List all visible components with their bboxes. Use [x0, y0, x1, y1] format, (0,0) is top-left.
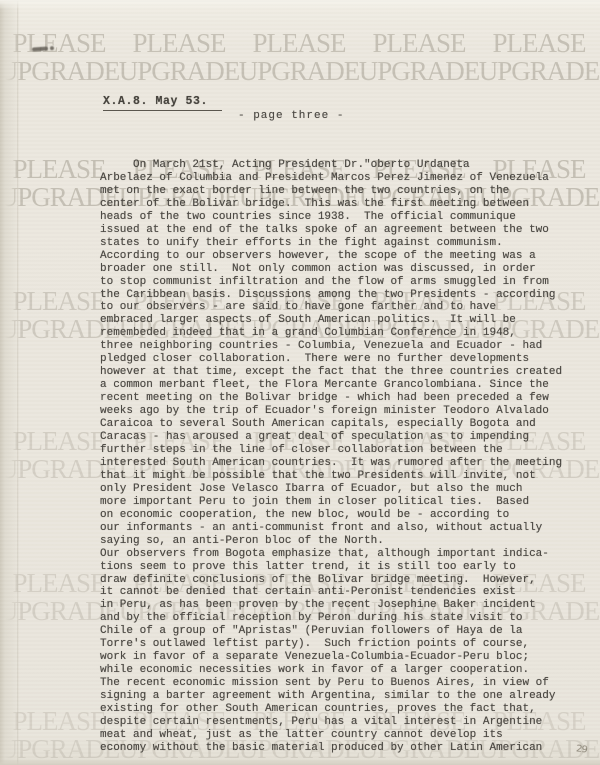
- document-reference: X.A.8. May 53.: [103, 95, 222, 111]
- pencil-smudge-mark: [32, 46, 48, 51]
- paper-crease: [17, 0, 19, 765]
- watermark-tile: PLEASEUPGRADE: [478, 30, 600, 85]
- scanned-document-page: PLEASEUPGRADEPLEASEUPGRADEPLEASEUPGRADEP…: [0, 0, 600, 765]
- handwritten-page-number: 29: [575, 743, 587, 755]
- scan-top-edge: [0, 0, 600, 10]
- watermark-tile: PLEASEUPGRADE: [238, 30, 360, 85]
- watermark-tile: PLEASEUPGRADE: [118, 30, 240, 85]
- scan-bottom-edge: [0, 759, 600, 765]
- typewritten-body-text: On March 21st, Acting President Dr."ober…: [100, 159, 570, 755]
- watermark-tile: PLEASEUPGRADE: [358, 30, 480, 85]
- page-label: - page three -: [238, 110, 344, 122]
